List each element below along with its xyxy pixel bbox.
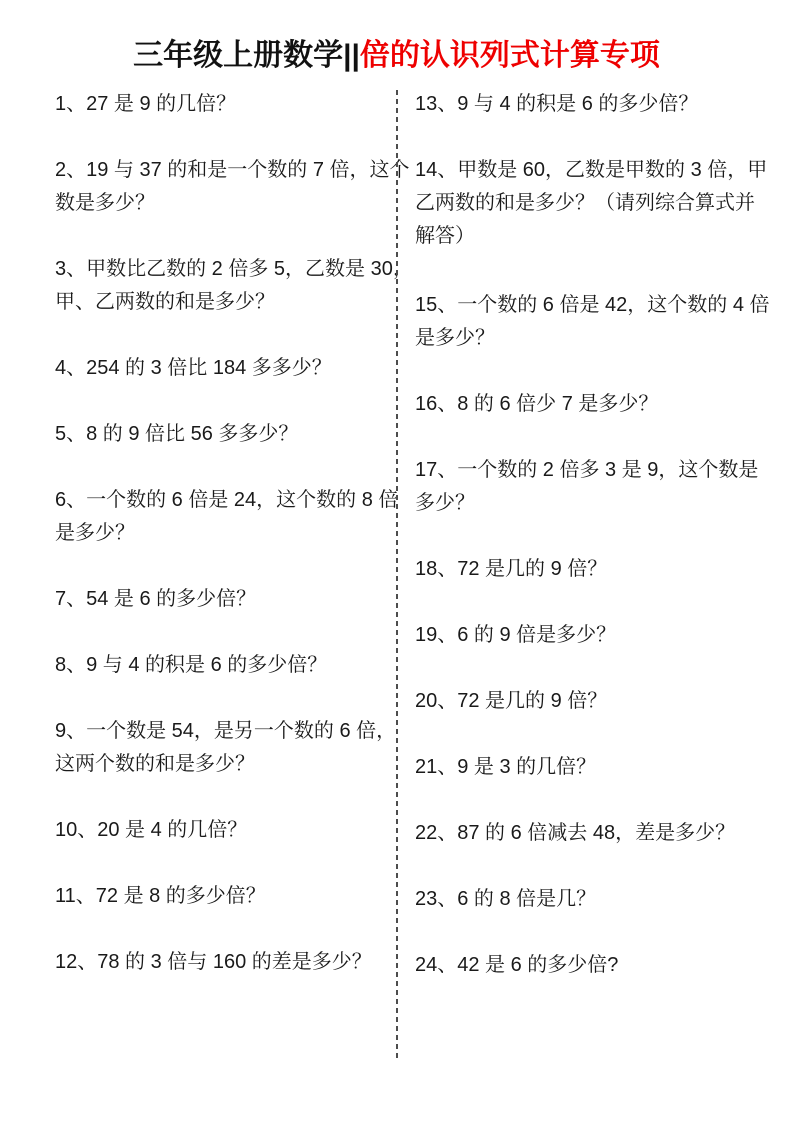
problem-item: 16、8 的 6 倍少 7 是多少？ <box>415 388 776 421</box>
problem-item: 1、27 是 9 的几倍？ <box>55 88 396 121</box>
problem-item: 24、42 是 6 的多少倍? <box>415 949 776 982</box>
problem-item: 8、9 与 4 的积是 6 的多少倍？ <box>55 649 396 682</box>
problem-item: 2、19 与 37 的和是一个数的 7 倍，这个 数是多少？ <box>55 154 396 220</box>
problem-item: 13、9 与 4 的积是 6 的多少倍？ <box>415 88 776 121</box>
problem-item: 15、一个数的 6 倍是 42，这个数的 4 倍 是多少？ <box>415 289 776 355</box>
worksheet-page: 三年级上册数学||倍的认识列式计算专项 1、27 是 9 的几倍？2、19 与 … <box>0 0 793 1122</box>
problem-item: 7、54 是 6 的多少倍？ <box>55 583 396 616</box>
left-column: 1、27 是 9 的几倍？2、19 与 37 的和是一个数的 7 倍，这个 数是… <box>55 88 396 1060</box>
page-title: 三年级上册数学||倍的认识列式计算专项 <box>0 36 793 76</box>
problem-item: 11、72 是 8 的多少倍？ <box>55 880 396 913</box>
problem-item: 23、6 的 8 倍是几？ <box>415 883 776 916</box>
problem-item: 12、78 的 3 倍与 160 的差是多少？ <box>55 946 396 979</box>
problem-item: 22、87 的 6 倍减去 48，差是多少？ <box>415 817 776 850</box>
problem-item: 6、一个数的 6 倍是 24，这个数的 8 倍 是多少？ <box>55 484 396 550</box>
problems-layout: 1、27 是 9 的几倍？2、19 与 37 的和是一个数的 7 倍，这个 数是… <box>0 88 793 1060</box>
problem-item: 10、20 是 4 的几倍？ <box>55 814 396 847</box>
problem-item: 19、6 的 9 倍是多少？ <box>415 619 776 652</box>
title-red-text: 倍的认识列式计算专项 <box>360 39 660 72</box>
problem-item: 3、甲数比乙数的 2 倍多 5，乙数是 30， 甲、乙两数的和是多少？ <box>55 253 396 319</box>
problem-item: 4、254 的 3 倍比 184 多多少？ <box>55 352 396 385</box>
problem-item: 20、72 是几的 9 倍？ <box>415 685 776 718</box>
problem-item: 14、甲数是 60，乙数是甲数的 3 倍，甲 乙两数的和是多少？（请列综合算式并… <box>415 154 776 253</box>
problem-item: 18、72 是几的 9 倍？ <box>415 553 776 586</box>
problem-item: 5、8 的 9 倍比 56 多多少？ <box>55 418 396 451</box>
title-black-text: 三年级上册数学|| <box>133 39 360 72</box>
right-column: 13、9 与 4 的积是 6 的多少倍？14、甲数是 60，乙数是甲数的 3 倍… <box>398 88 776 1060</box>
problem-item: 17、一个数的 2 倍多 3 是 9，这个数是 多少？ <box>415 454 776 520</box>
problem-item: 21、9 是 3 的几倍？ <box>415 751 776 784</box>
problem-item: 9、一个数是 54，是另一个数的 6 倍， 这两个数的和是多少？ <box>55 715 396 781</box>
